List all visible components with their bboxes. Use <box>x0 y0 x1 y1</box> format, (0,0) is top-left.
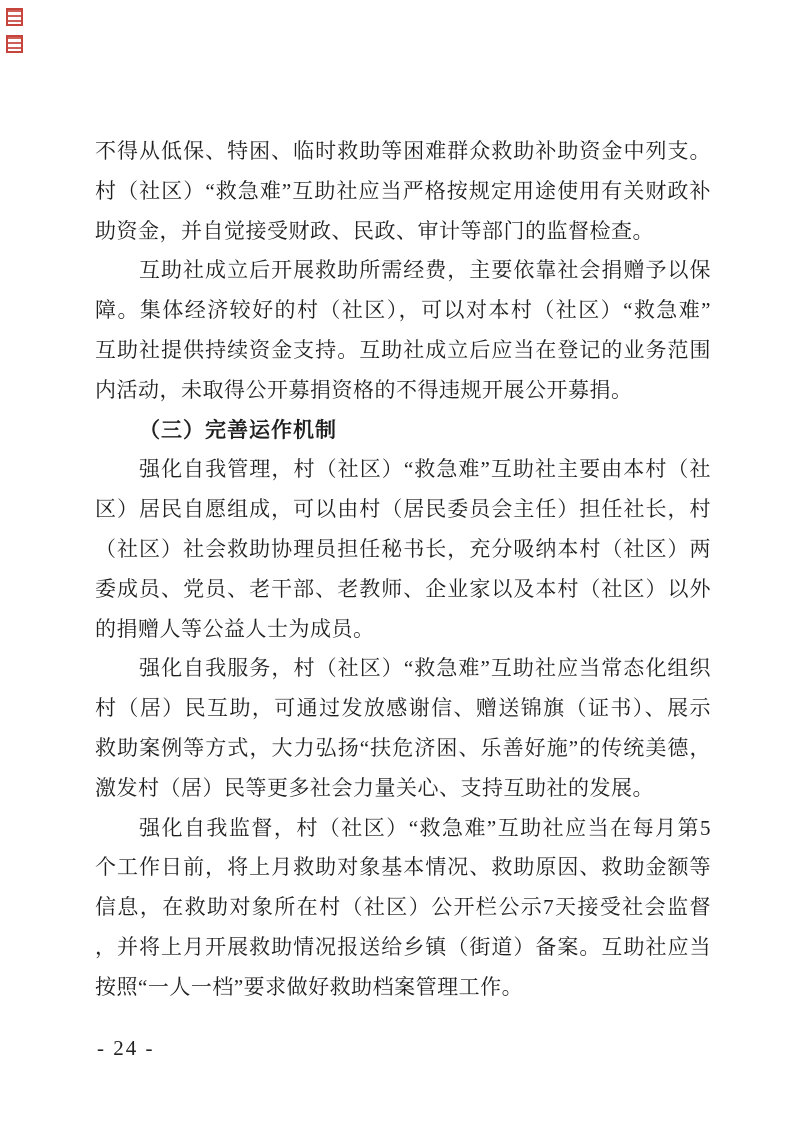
text-line: 救助案例等方式，大力弘扬“扶危济困、乐善好施”的传统美德， <box>95 729 711 769</box>
document-body: 不得从低保、特困、临时救助等困难群众救助补助资金中列支。村（社区）“救急难”互助… <box>95 132 711 1008</box>
text-line: 区）居民自愿组成，可以由村（居民委员会主任）担任社长，村 <box>95 490 711 530</box>
red-print-artifact-icon <box>6 8 24 62</box>
page-number: - 24 - <box>97 1036 155 1061</box>
text-line: 委成员、党员、老干部、老教师、企业家以及本村（社区）以外 <box>95 570 711 610</box>
text-line: 互助社成立后开展救助所需经费，主要依靠社会捐赠予以保 <box>95 251 711 291</box>
text-line: 按照“一人一档”要求做好救助档案管理工作。 <box>95 968 711 1008</box>
text-line: 内活动，未取得公开募捐资格的不得违规开展公开募捐。 <box>95 371 711 411</box>
paragraph: 强化自我监督，村（社区）“救急难”互助社应当在每月第5个工作日前，将上月救助对象… <box>95 809 711 1008</box>
text-line: （三）完善运作机制 <box>95 411 711 451</box>
text-line: 村（社区）“救急难”互助社应当严格按规定用途使用有关财政补 <box>95 172 711 212</box>
text-line: 不得从低保、特困、临时救助等困难群众救助补助资金中列支。 <box>95 132 711 172</box>
paragraph: 互助社成立后开展救助所需经费，主要依靠社会捐赠予以保障。集体经济较好的村（社区）… <box>95 251 711 410</box>
section-heading: （三）完善运作机制 <box>95 411 711 451</box>
text-line: ，并将上月开展救助情况报送给乡镇（街道）备案。互助社应当 <box>95 928 711 968</box>
paragraph: 不得从低保、特困、临时救助等困难群众救助补助资金中列支。村（社区）“救急难”互助… <box>95 132 711 251</box>
text-line: 的捐赠人等公益人士为成员。 <box>95 610 711 650</box>
text-line: 信息，在救助对象所在村（社区）公开栏公示7天接受社会监督 <box>95 888 711 928</box>
text-line: 强化自我服务，村（社区）“救急难”互助社应当常态化组织 <box>95 649 711 689</box>
document-page: 不得从低保、特困、临时救助等困难群众救助补助资金中列支。村（社区）“救急难”互助… <box>0 0 793 1122</box>
text-line: 个工作日前，将上月救助对象基本情况、救助原因、救助金额等 <box>95 848 711 888</box>
text-line: 互助社提供持续资金支持。互助社成立后应当在登记的业务范围 <box>95 331 711 371</box>
text-line: 助资金，并自觉接受财政、民政、审计等部门的监督检查。 <box>95 212 711 252</box>
red-mark-icon <box>6 8 23 26</box>
red-mark-icon <box>6 35 23 53</box>
text-line: 强化自我管理，村（社区）“救急难”互助社主要由本村（社 <box>95 450 711 490</box>
text-line: 障。集体经济较好的村（社区），可以对本村（社区）“救急难” <box>95 291 711 331</box>
text-line: （社区）社会救助协理员担任秘书长，充分吸纳本村（社区）两 <box>95 530 711 570</box>
text-line: 强化自我监督，村（社区）“救急难”互助社应当在每月第5 <box>95 809 711 849</box>
paragraph: 强化自我管理，村（社区）“救急难”互助社主要由本村（社区）居民自愿组成，可以由村… <box>95 450 711 649</box>
text-line: 村（居）民互助，可通过发放感谢信、赠送锦旗（证书）、展示 <box>95 689 711 729</box>
paragraph: 强化自我服务，村（社区）“救急难”互助社应当常态化组织村（居）民互助，可通过发放… <box>95 649 711 808</box>
text-line: 激发村（居）民等更多社会力量关心、支持互助社的发展。 <box>95 769 711 809</box>
